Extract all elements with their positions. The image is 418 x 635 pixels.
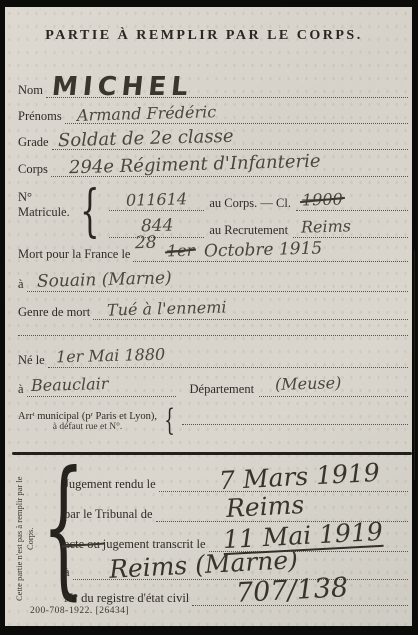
matricule-label: N° Matricule.: [18, 184, 70, 240]
matricule-corps-row: 011614 au Corps. — Cl. 1900: [109, 184, 408, 211]
matricule-label-line1: N°: [18, 190, 70, 205]
matricule-corps-number-line: 011614: [109, 194, 204, 211]
empty-dotted-line-row: [18, 322, 408, 336]
departement-line: (Meuse): [259, 380, 408, 397]
prenoms-line: Armand Frédéric: [65, 107, 408, 124]
jugement-rendu-line: 7 Mars 1919: [159, 466, 408, 492]
form-title: PARTIE À REMPLIR PAR LE CORPS.: [0, 28, 408, 44]
mort-lieu-value: Souain (Marne): [36, 270, 171, 291]
grade-label: Grade: [18, 135, 52, 150]
field-ne-a: à Beauclair Département (Meuse): [18, 375, 408, 397]
mort-label: Mort pour la France le: [18, 247, 133, 262]
matricule-corps-number: 011614: [126, 191, 187, 209]
empty-dotted-line: [18, 321, 408, 336]
registre-value: 707/138: [236, 574, 349, 607]
prenoms-value: Armand Frédéric: [77, 104, 217, 124]
arrondissement-label: Arrᵗ municipal (pʳ Paris et Lyon), à déf…: [18, 411, 157, 432]
arrondissement-label-line1: Arrᵗ municipal (pʳ Paris et Lyon),: [18, 411, 157, 422]
genre-de-mort-value: Tué à l'ennemi: [107, 299, 227, 318]
tribunal-label: par le Tribunal de: [64, 507, 156, 522]
scan-edge-artifact: [414, 250, 416, 480]
mort-lieu-label: à: [18, 277, 27, 292]
field-mort-lieu: à Souain (Marne): [18, 270, 408, 292]
ne-le-label: Né le: [18, 353, 48, 368]
field-mort: Mort pour la France le 28 1er Octobre 19…: [18, 240, 408, 262]
nom-value: MICHEL: [51, 74, 194, 100]
genre-de-mort-line: Tué à l'ennemi: [93, 303, 408, 320]
nom-label: Nom: [18, 83, 46, 98]
prenoms-label: Prénoms: [18, 109, 65, 124]
corps-value: 294e Régiment d'Infanterie: [69, 153, 321, 178]
field-corps: Corps 294e Régiment d'Infanterie: [18, 155, 408, 177]
matricule-brace: {: [79, 184, 101, 240]
form-content: PARTIE À REMPLIR PAR LE CORPS. Nom MICHE…: [0, 0, 418, 635]
mort-lieu-line: Souain (Marne): [27, 274, 408, 292]
matricule-classe: 1900: [302, 191, 343, 208]
registre-label: N° du registre d'état civil: [64, 591, 192, 606]
print-imprint: 200-708-1922. [26434]: [30, 606, 129, 616]
grade-value: Soldat de 2e classe: [57, 128, 233, 151]
field-jugement-lieu: à Reims (Marne): [64, 556, 408, 580]
mort-line: 28 1er Octobre 1915: [133, 244, 408, 262]
mort-value: Octobre 1915: [204, 240, 323, 260]
departement-value: (Meuse): [275, 375, 342, 393]
jugement-rendu-label: Jugement rendu le: [64, 477, 159, 492]
field-jugement-rendu: Jugement rendu le 7 Mars 1919: [64, 468, 408, 492]
matricule-label-line2: Matricule.: [18, 205, 70, 220]
transcrit-label-struck: acte ou: [64, 537, 103, 552]
ne-le-value: 1er Mai 1880: [56, 347, 166, 366]
nom-line: MICHEL: [46, 71, 408, 98]
registre-line: 707/138: [192, 578, 408, 606]
matricule-recrutement-number-line: 844: [109, 220, 204, 238]
grade-line: Soldat de 2e classe: [52, 131, 408, 150]
field-matricule: N° Matricule. { 011614 au Corps. — Cl. 1…: [18, 184, 408, 240]
ne-a-value: Beauclair: [30, 376, 108, 394]
corps-line: 294e Régiment d'Infanterie: [51, 158, 408, 177]
field-arrondissement: Arrᵗ municipal (pʳ Paris et Lyon), à déf…: [18, 404, 408, 438]
field-registre: N° du registre d'état civil 707/138: [64, 582, 408, 606]
matricule-recrutement-value-line: Reims: [293, 221, 408, 238]
matricule-classe-line: 1900: [296, 194, 408, 211]
matricule-recrutement-label: au Recrutement: [204, 223, 293, 238]
jugement-rendu-value: 7 Mars 1919: [218, 460, 380, 493]
matricule-recrutement-value: Reims: [301, 218, 351, 235]
ne-a-label: à: [18, 382, 27, 397]
corps-label: Corps: [18, 162, 51, 177]
matricule-rows: 011614 au Corps. — Cl. 1900 844 au Recru…: [109, 184, 408, 240]
ne-a-line: Beauclair: [27, 380, 176, 397]
field-genre-de-mort: Genre de mort Tué à l'ennemi: [18, 298, 408, 320]
ne-le-line: 1er Mai 1880: [48, 351, 408, 368]
field-ne-le: Né le 1er Mai 1880: [18, 346, 408, 368]
mort-struck-text: 1er: [167, 243, 195, 260]
departement-label: Département: [176, 382, 260, 397]
jugement-lieu-line: Reims (Marne): [73, 554, 408, 580]
field-nom: Nom MICHEL: [18, 66, 408, 98]
arrondissement-brace: {: [163, 406, 177, 436]
mort-day: 28: [135, 235, 157, 253]
field-grade: Grade Soldat de 2e classe: [18, 128, 408, 150]
genre-de-mort-label: Genre de mort: [18, 305, 93, 320]
field-prenoms: Prénoms Armand Frédéric: [18, 102, 408, 124]
arrondissement-line: [182, 410, 408, 425]
arrondissement-label-line2: à défaut rue et N°.: [18, 422, 157, 432]
matricule-corps-suffix: au Corps. — Cl.: [204, 196, 296, 211]
jugement-lieu-label: à: [64, 565, 73, 580]
tribunal-value: Reims: [225, 492, 304, 521]
